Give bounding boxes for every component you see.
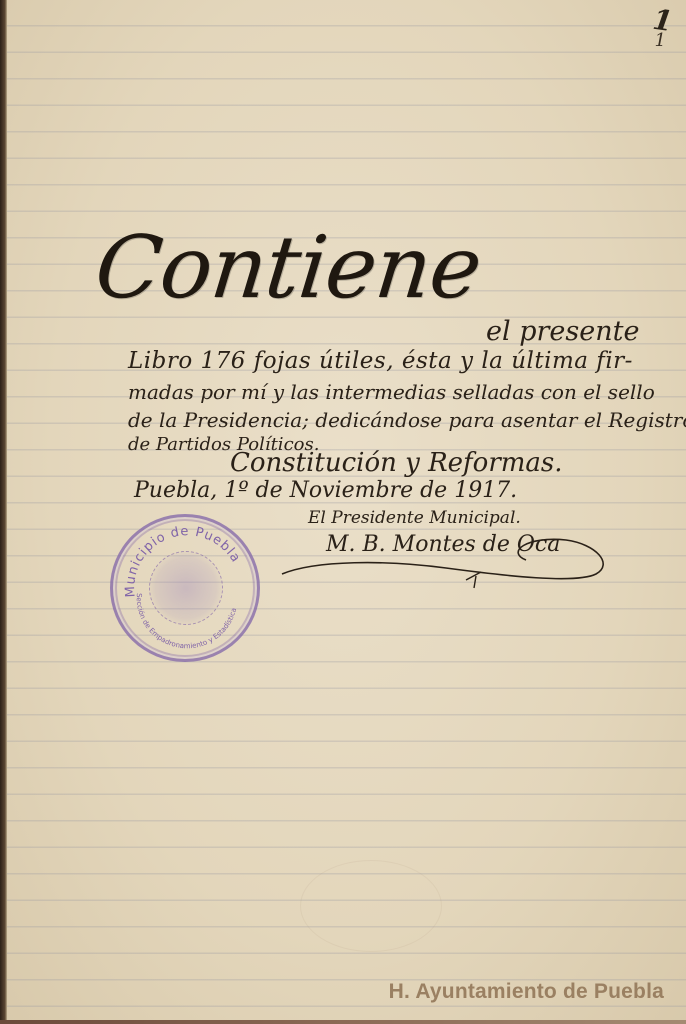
text-line-3: madas por mí y las intermedias selladas … [128,380,655,404]
title-line: Constitución y Reformas. [230,448,563,478]
text-line-1: el presente [486,316,639,347]
folio-mark: 1 [655,30,666,51]
seal-eagle-emblem-icon [149,551,223,625]
signature-flourish-icon [276,530,606,595]
date-line: Puebla, 1º de Noviembre de 1917. [134,478,517,503]
paper-stain [300,860,442,952]
text-line-2: Libro 176 fojas útiles, ésta y la última… [128,348,633,374]
page-binding-edge [0,0,7,1024]
text-line-4: de la Presidencia; dedicándose para asen… [128,408,686,432]
signatory-title: El Presidente Municipal. [308,508,521,528]
municipal-seal: Municipio de Puebla Sección de Empadrona… [110,514,260,662]
archive-watermark: H. Ayuntamiento de Puebla [389,980,664,1004]
page-bottom-edge [0,1020,686,1024]
heading-word: Contiene [91,218,486,318]
document-page: 1 1 Contiene el presente Libro 176 fojas… [0,0,686,1024]
